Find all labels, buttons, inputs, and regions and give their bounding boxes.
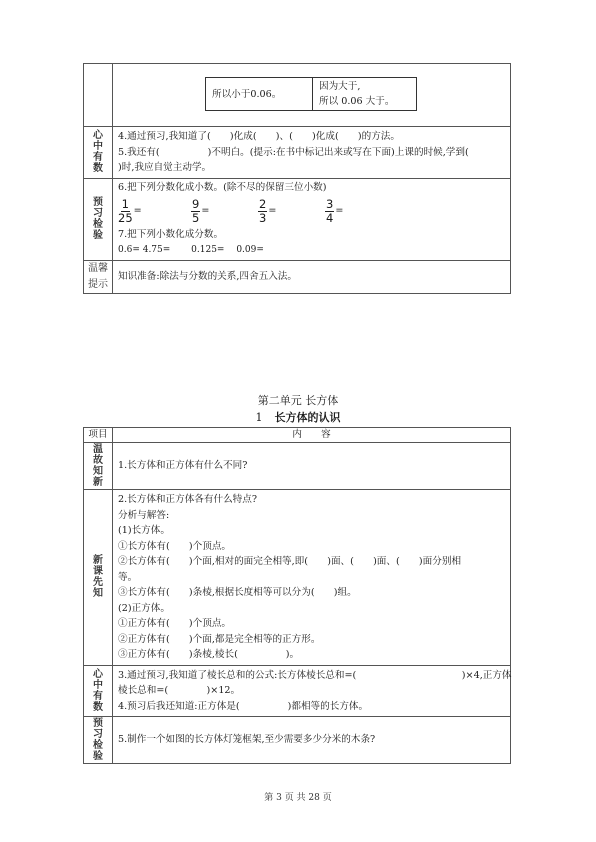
- question-4-cube: 4.预习后我还知道:正方体是( )都相等的长方体。: [118, 699, 505, 715]
- header-content: 内 容: [113, 428, 511, 443]
- inner-right-cell: 因为大于, 所以 0.06 大于。: [313, 78, 417, 111]
- question-5: 5.我还有( )不明白。(提示:在书中标记出来或写在下面)上课的时候,学到(: [118, 145, 505, 161]
- table-row-yuxijianyan-2: 预 习 检 验 5.制作一个如图的长方体灯笼框架,至少需要多少分米的木条?: [84, 717, 511, 764]
- question-2: 2.长方体和正方体各有什么特点?: [118, 492, 505, 508]
- question-1: 1.长方体和正方体有什么不同?: [118, 458, 505, 474]
- page-number: 第 3 页 共 28 页: [0, 790, 596, 803]
- lesson-preview-table: 项目 内 容 温 故 知 新 1.长方体和正方体有什么不同? 新 课 先 知 2…: [83, 427, 511, 764]
- fraction-9-5: 95 =: [191, 198, 258, 225]
- row-label-wenguzhixin: 温 故 知 新: [84, 443, 113, 490]
- row-label-yuxijianyan-2: 预 习 检 验: [84, 717, 113, 764]
- question-5-cont: )时,我应自觉主动学。: [118, 160, 505, 176]
- table-row-yuxijianyan: 预 习 检 验 6.把下列分数化成小数。(除不尽的保留三位小数) 125 = 9…: [84, 178, 511, 261]
- unit-title: 第二单元 长方体: [0, 392, 596, 408]
- yuxijianyan-2-content: 5.制作一个如图的长方体灯笼框架,至少需要多少分米的木条?: [113, 717, 511, 764]
- cube-edges: ③正方体有( )条棱,棱长( )。: [118, 647, 505, 663]
- question-4: 4.通过预习,我知道了( )化成( )、( )化成( )的方法。: [118, 129, 505, 145]
- lesson-number: 1: [256, 411, 263, 424]
- table-row-wenxintishi: 温馨 提示 知识准备:除法与分数的关系,四舍五入法。: [84, 261, 511, 294]
- cuboid-heading: (1)长方体。: [118, 523, 505, 539]
- table-row-xinkexianzhi: 新 课 先 知 2.长方体和正方体各有什么特点? 分析与解答: (1)长方体。 …: [84, 490, 511, 666]
- comparison-inner-table: 所以小于0.06。 因为大于, 所以 0.06 大于。: [205, 77, 417, 111]
- row-label-yuxijianyan: 预 习 检 验: [84, 178, 113, 261]
- decimal-list: 0.6= 4.75= 0.125= 0.09=: [118, 243, 505, 259]
- table-header-row: 项目 内 容: [84, 428, 511, 443]
- cuboid-edges: ③长方体有( )条棱,根据长度相等可以分为( )组。: [118, 585, 505, 601]
- table-row-wenguzhixin: 温 故 知 新 1.长方体和正方体有什么不同?: [84, 443, 511, 490]
- xinzhongyoushu-2-content: 3.通过预习,我知道了棱长总和的公式:长方体棱长总和=( )×4,正方体 棱长总…: [113, 665, 511, 717]
- fraction-list: 125 = 95 = 23 = 34 =: [118, 195, 505, 227]
- cube-faces: ②正方体有( )个面,都是完全相等的正方形。: [118, 632, 505, 648]
- cuboid-vertices: ①长方体有( )个顶点。: [118, 539, 505, 555]
- table-row-xinzhongyoushu-2: 心 中 有 数 3.通过预习,我知道了棱长总和的公式:长方体棱长总和=( )×4…: [84, 665, 511, 717]
- fraction-2-3: 23 =: [258, 198, 325, 225]
- cuboid-faces: ②长方体有( )个面,相对的面完全相等,即( )面、( )面、( )面分别相: [118, 554, 505, 570]
- table-row-xinzhongyoushu: 心 中 有 数 4.通过预习,我知道了( )化成( )、( )化成( )的方法。…: [84, 127, 511, 179]
- row-label-xinzhongyoushu: 心 中 有 数: [84, 127, 113, 179]
- lesson-title: 1长方体的认识: [0, 409, 596, 425]
- fraction-1-25: 125 =: [118, 198, 191, 225]
- header-item: 项目: [84, 428, 113, 443]
- question-3: 3.通过预习,我知道了棱长总和的公式:长方体棱长总和=( )×4,正方体: [118, 668, 505, 684]
- cuboid-faces-cont: 等。: [118, 570, 505, 586]
- row-label-xinzhongyoushu-2: 心 中 有 数: [84, 665, 113, 717]
- fraction-3-4: 34 =: [325, 198, 343, 225]
- xinzhongyoushu-content: 4.通过预习,我知道了( )化成( )、( )化成( )的方法。 5.我还有( …: [113, 127, 511, 179]
- inner-left-cell: 所以小于0.06。: [206, 78, 313, 111]
- question-5-lantern: 5.制作一个如图的长方体灯笼框架,至少需要多少分米的木条?: [118, 732, 505, 748]
- wenxintishi-content: 知识准备:除法与分数的关系,四舍五入法。: [113, 261, 511, 294]
- cube-heading: (2)正方体。: [118, 601, 505, 617]
- question-6: 6.把下列分数化成小数。(除不尽的保留三位小数): [118, 180, 505, 196]
- row-label-xinkexianzhi: 新 课 先 知: [84, 490, 113, 666]
- xinkexianzhi-content: 2.长方体和正方体各有什么特点? 分析与解答: (1)长方体。 ①长方体有( )…: [113, 490, 511, 666]
- question-3-cont: 棱长总和=( )×12。: [118, 683, 505, 699]
- analysis-label: 分析与解答:: [118, 508, 505, 524]
- row-label-wenxintishi: 温馨 提示: [84, 261, 113, 294]
- row-label-empty: [84, 64, 113, 127]
- yuxijianyan-content: 6.把下列分数化成小数。(除不尽的保留三位小数) 125 = 95 = 23 =…: [113, 178, 511, 261]
- cube-vertices: ①正方体有( )个顶点。: [118, 616, 505, 632]
- question-7: 7.把下列小数化成分数。: [118, 227, 505, 243]
- lesson-name: 长方体的认识: [275, 411, 341, 424]
- wenguzhixin-content: 1.长方体和正方体有什么不同?: [113, 443, 511, 490]
